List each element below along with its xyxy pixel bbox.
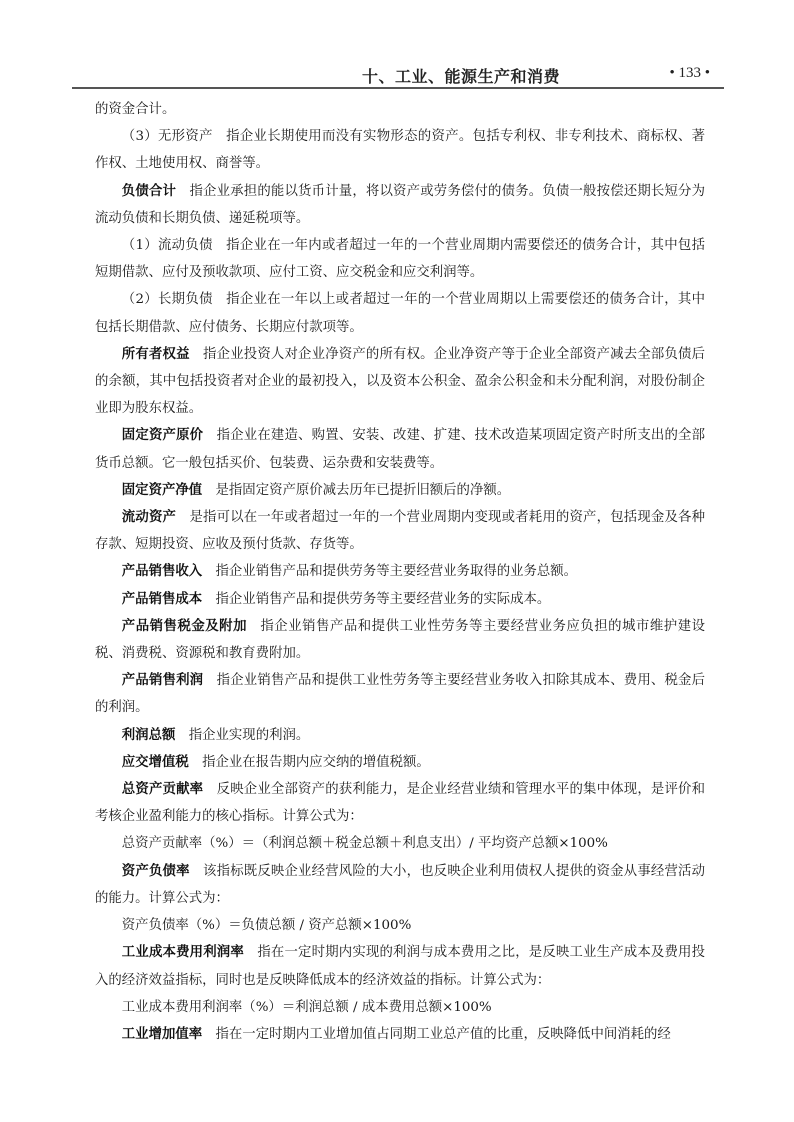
term-heading: 工业成本费用利润率 [122,945,244,960]
term-heading: 产品销售利润 [122,673,203,688]
definition-owners-equity: 所有者权益指企业投资人对企业净资产的所有权。企业净资产等于企业全部资产减去全部负… [95,341,705,423]
formula-text: 工业成本费用利润率（%）＝利润总额 / 成本费用总额×100% [122,1000,492,1015]
term-heading: 资产负债率 [122,864,190,879]
subitem-label: （1）流动负债 [122,238,213,253]
definition-total-assets-contribution-rate: 总资产贡献率反映企业全部资产的获利能力，是企业经营业绩和管理水平的集中体现，是评… [95,776,705,830]
definition-text: 指企业销售产品和提供劳务等主要经营业务的实际成本。 [216,592,551,607]
definition-value-added-rate: 工业增加值率指在一定时期内工业增加值占同期工业总产值的比重，反映降低中间消耗的经 [95,1021,705,1048]
definition-text: 指企业在报告期内应交纳的增值税额。 [202,755,430,770]
paragraph-intangible-assets: （3）无形资产指企业长期使用而没有实物形态的资产。包括专利权、非专利技术、商标权… [95,123,705,177]
definition-sales-cost: 产品销售成本指企业销售产品和提供劳务等主要经营业务的实际成本。 [95,586,705,613]
term-heading: 负债合计 [122,184,176,199]
definition-asset-liability-ratio: 资产负债率该指标既反映企业经营风险的大小，也反映企业利用债权人提供的资金从事经营… [95,858,705,912]
definition-sales-tax-surcharge: 产品销售税金及附加指企业销售产品和提供工业性劳务等主要经营业务应负担的城市维护建… [95,613,705,667]
term-heading: 所有者权益 [122,347,190,362]
formula-text: 资产负债率（%）＝负债总额 / 资产总额×100% [122,918,412,933]
subitem-label: （2）长期负债 [122,292,213,307]
definition-text: 是指固定资产原价减去历年已提折旧额后的净额。 [216,483,511,498]
term-heading: 流动资产 [122,510,176,525]
running-header: 十、工业、能源生产和消费 • 133 • [72,64,724,86]
term-heading: 应交增值税 [122,755,189,770]
definition-vat-payable: 应交增值税指企业在报告期内应交纳的增值税额。 [95,749,705,776]
definition-text: 指企业销售产品和提供劳务等主要经营业务取得的业务总额。 [216,564,578,579]
definition-cost-profit-margin: 工业成本费用利润率指在一定时期内实现的利润与成本费用之比，是反映工业生产成本及费… [95,939,705,993]
definition-fixed-assets-original-value: 固定资产原价指企业在建造、购置、安装、改建、扩建、技术改造某项固定资产时所支出的… [95,422,705,476]
paragraph-long-term-liabilities: （2）长期负债指企业在一年以上或者超过一年的一个营业周期以上需要偿还的债务合计，… [95,286,705,340]
term-heading: 总资产贡献率 [122,782,203,797]
formula-cost-profit-margin: 工业成本费用利润率（%）＝利润总额 / 成本费用总额×100% [95,994,705,1021]
formula-asset-liability-ratio: 资产负债率（%）＝负债总额 / 资产总额×100% [95,912,705,939]
term-heading: 工业增加值率 [122,1027,202,1042]
definition-text: 指企业实现的利润。 [189,728,310,743]
subitem-label: （3）无形资产 [122,129,213,144]
definition-text: 指企业承担的能以货币计量，将以资产或劳务偿付的债务。负债一般按偿还期长短分为流动… [95,184,705,226]
paragraph-text: 的资金合计。 [95,102,175,117]
header-rule [72,87,724,89]
definition-text: 是指可以在一年或者超过一年的一个营业周期内变现或者耗用的资产，包括现金及各种存款… [95,510,705,552]
definition-total-profit: 利润总额指企业实现的利润。 [95,722,705,749]
term-heading: 产品销售成本 [122,592,202,607]
paragraph-current-liabilities: （1）流动负债指企业在一年内或者超过一年的一个营业周期内需要偿还的债务合计，其中… [95,232,705,286]
definition-sales-revenue: 产品销售收入指企业销售产品和提供劳务等主要经营业务取得的业务总额。 [95,558,705,585]
definition-total-liabilities: 负债合计指企业承担的能以货币计量，将以资产或劳务偿付的债务。负债一般按偿还期长短… [95,178,705,232]
page-body: 的资金合计。 （3）无形资产指企业长期使用而没有实物形态的资产。包括专利权、非专… [95,96,705,1048]
term-heading: 固定资产净值 [122,483,202,498]
definition-fixed-assets-net-value: 固定资产净值是指固定资产原价减去历年已提折旧额后的净额。 [95,477,705,504]
definition-text: 指在一定时期内工业增加值占同期工业总产值的比重，反映降低中间消耗的经 [216,1027,671,1042]
term-heading: 利润总额 [122,728,176,743]
formula-text: 总资产贡献率（%）＝（利润总额＋税金总额＋利息支出）/ 平均资产总额×100% [122,836,608,851]
definition-current-assets: 流动资产是指可以在一年或者超过一年的一个营业周期内变现或者耗用的资产，包括现金及… [95,504,705,558]
term-heading: 固定资产原价 [122,428,203,443]
definition-sales-profit: 产品销售利润指企业销售产品和提供工业性劳务等主要经营业务收入扣除其成本、费用、税… [95,667,705,721]
term-heading: 产品销售税金及附加 [122,619,247,634]
paragraph-continuation: 的资金合计。 [95,96,705,123]
chapter-title: 十、工业、能源生产和消费 [362,64,560,87]
formula-total-assets-contribution-rate: 总资产贡献率（%）＝（利润总额＋税金总额＋利息支出）/ 平均资产总额×100% [95,830,705,857]
term-heading: 产品销售收入 [122,564,202,579]
page-number: • 133 • [669,65,710,82]
